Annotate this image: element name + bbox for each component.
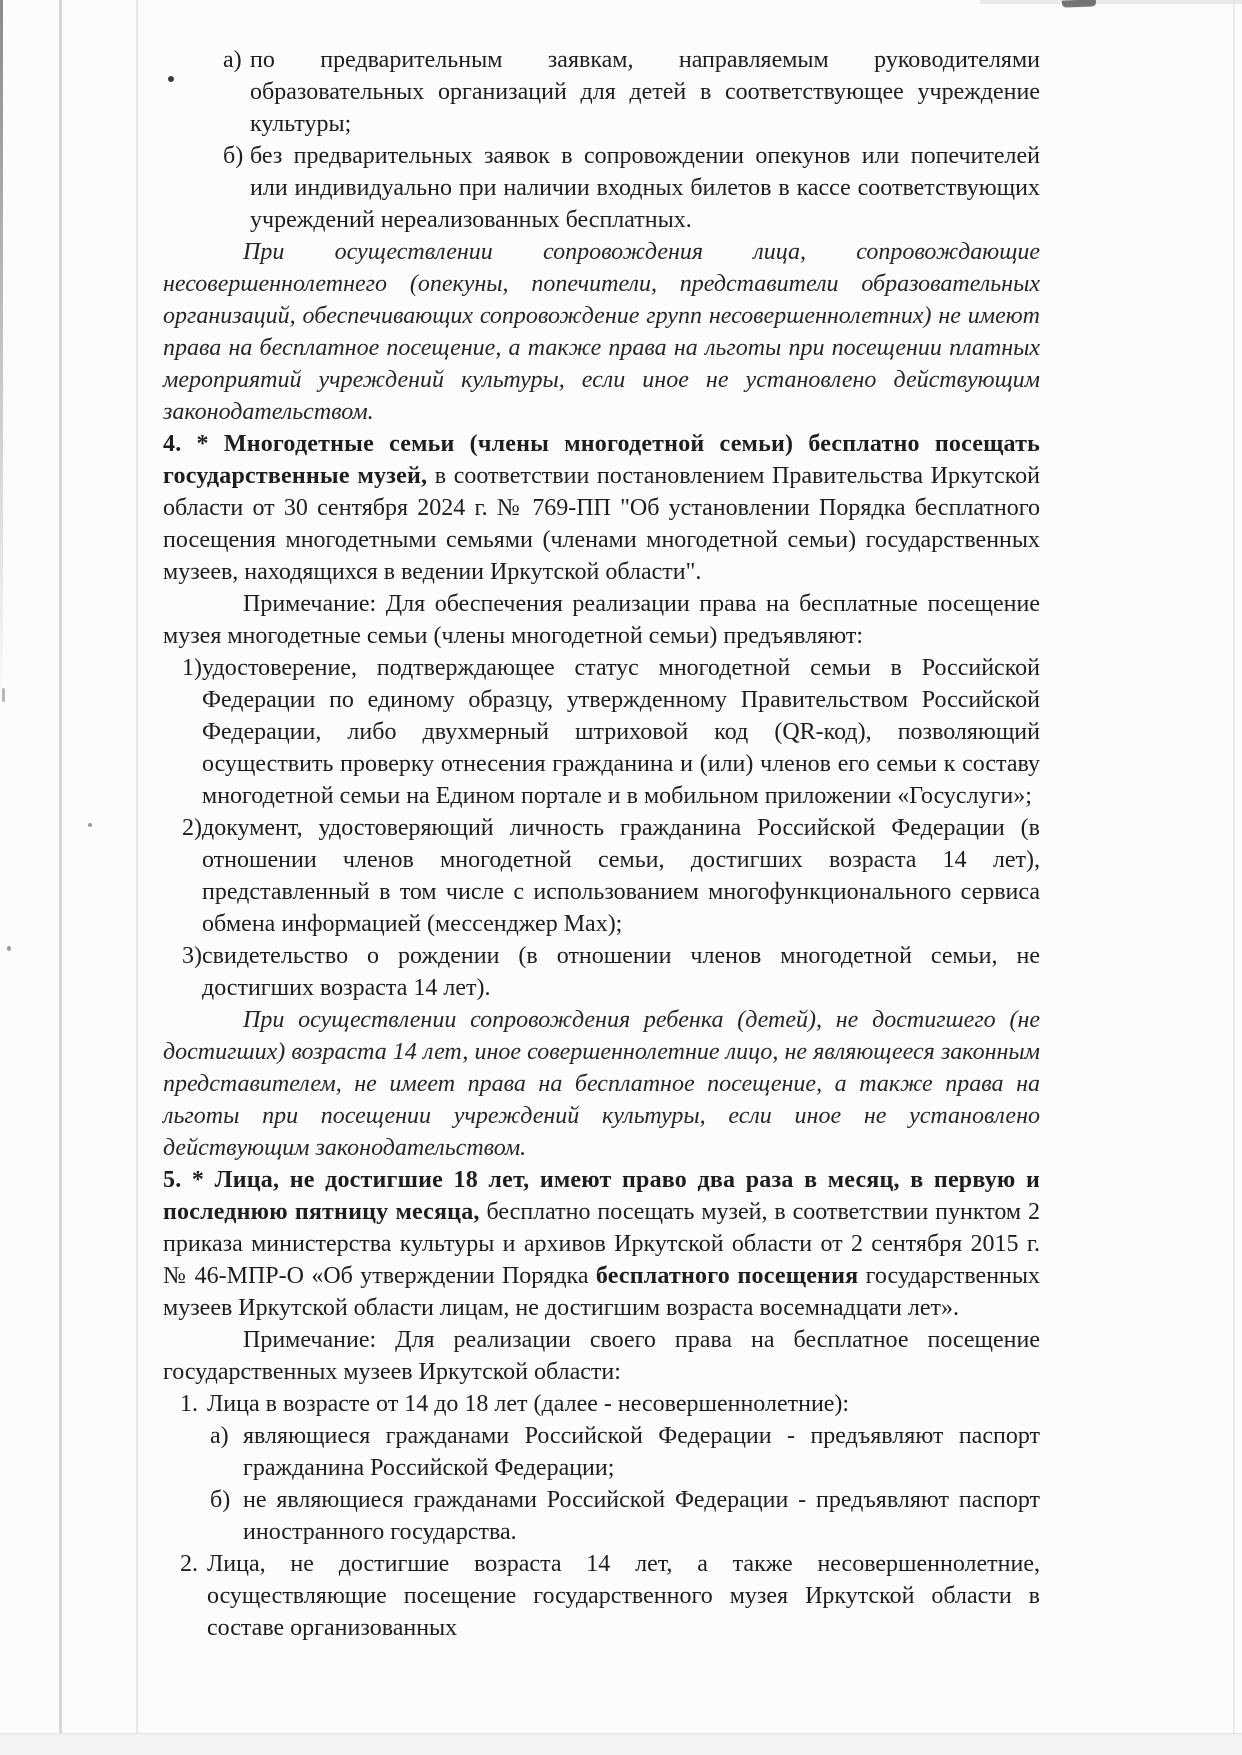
list-marker: 1) bbox=[182, 652, 202, 684]
scan-top-haze bbox=[980, 0, 1242, 4]
section-4-paragraph: 4. * Многодетные семьи (члены многодетно… bbox=[163, 428, 1040, 588]
list-marker: 1. bbox=[180, 1388, 198, 1420]
scan-edge-shadow bbox=[0, 0, 3, 700]
list-item-2: 2) документ, удостоверяющий личность гра… bbox=[163, 812, 1040, 940]
list-marker: 3) bbox=[182, 940, 202, 972]
list-item-1: 1. Лица в возрасте от 14 до 18 лет (дале… bbox=[163, 1388, 1040, 1420]
list-item-text: Лица, не достигшие возраста 14 лет, а та… bbox=[207, 1551, 1040, 1641]
scan-fold-line-inner bbox=[136, 0, 138, 1733]
section-5-paragraph: 5. * Лица, не достигшие 18 лет, имеют пр… bbox=[163, 1164, 1040, 1324]
section-5-bold-phrase: бесплатного посещения bbox=[596, 1263, 858, 1289]
document-content: а) по предварительным заявкам, направляе… bbox=[163, 44, 1040, 1644]
visitors-list: 1. Лица в возрасте от 14 до 18 лет (дале… bbox=[163, 1388, 1040, 1644]
list-item-text: без предварительных заявок в сопровожден… bbox=[250, 143, 1040, 233]
list-item-text: не являющиеся гражданами Российской Феде… bbox=[243, 1487, 1040, 1545]
scanned-document-page: а) по предварительным заявкам, направляе… bbox=[0, 0, 1242, 1755]
list-item-text: документ, удостоверяющий личность гражда… bbox=[202, 815, 1040, 937]
list-item-1: 1) удостоверение, подтверждающее статус … bbox=[163, 652, 1040, 812]
scan-speck bbox=[2, 688, 5, 702]
list-item-text: Лица в возрасте от 14 до 18 лет (далее -… bbox=[207, 1391, 849, 1417]
scan-speck bbox=[7, 946, 11, 951]
list-marker: а) bbox=[210, 1420, 229, 1452]
required-documents-list: 1) удостоверение, подтверждающее статус … bbox=[163, 652, 1040, 1004]
scan-fold-line-right bbox=[1233, 0, 1235, 1733]
list-item-text: являющиеся гражданами Российской Федерац… bbox=[243, 1423, 1040, 1481]
list-item-a: а) по предварительным заявкам, направляе… bbox=[163, 44, 1040, 140]
note-section-4: Примечание: Для обеспечения реализации п… bbox=[163, 588, 1040, 652]
list-marker: 2. bbox=[180, 1548, 198, 1580]
list-item-text: удостоверение, подтверждающее статус мно… bbox=[202, 655, 1040, 809]
escort-note-children: При осуществлении сопровождения ребенка … bbox=[163, 1004, 1040, 1164]
list-marker: 2) bbox=[182, 812, 202, 844]
list-item-b: б) без предварительных заявок в сопровож… bbox=[163, 140, 1040, 236]
sub-item-a: а) являющиеся гражданами Российской Феде… bbox=[163, 1420, 1040, 1484]
list-item-2: 2. Лица, не достигшие возраста 14 лет, а… bbox=[163, 1548, 1040, 1644]
scan-speck bbox=[88, 823, 92, 827]
scan-fold-line-left bbox=[59, 0, 62, 1733]
sub-item-b: б) не являющиеся гражданами Российской Ф… bbox=[163, 1484, 1040, 1548]
scan-top-smudge bbox=[1062, 0, 1096, 8]
list-item-text: по предварительным заявкам, направляемым… bbox=[250, 47, 1040, 137]
list-item-text: свидетельство о рождении (в отношении чл… bbox=[202, 943, 1040, 1001]
escort-note-adults: При осуществлении сопровождения лица, со… bbox=[163, 236, 1040, 428]
list-item-3: 3) свидетельство о рождении (в отношении… bbox=[163, 940, 1040, 1004]
note-section-5: Примечание: Для реализации своего права … bbox=[163, 1324, 1040, 1388]
list-marker: а) bbox=[223, 44, 242, 76]
list-marker: б) bbox=[223, 140, 243, 172]
list-marker: б) bbox=[210, 1484, 230, 1516]
top-lettered-list: а) по предварительным заявкам, направляе… bbox=[163, 44, 1040, 236]
scan-bottom-strip bbox=[0, 1733, 1242, 1755]
